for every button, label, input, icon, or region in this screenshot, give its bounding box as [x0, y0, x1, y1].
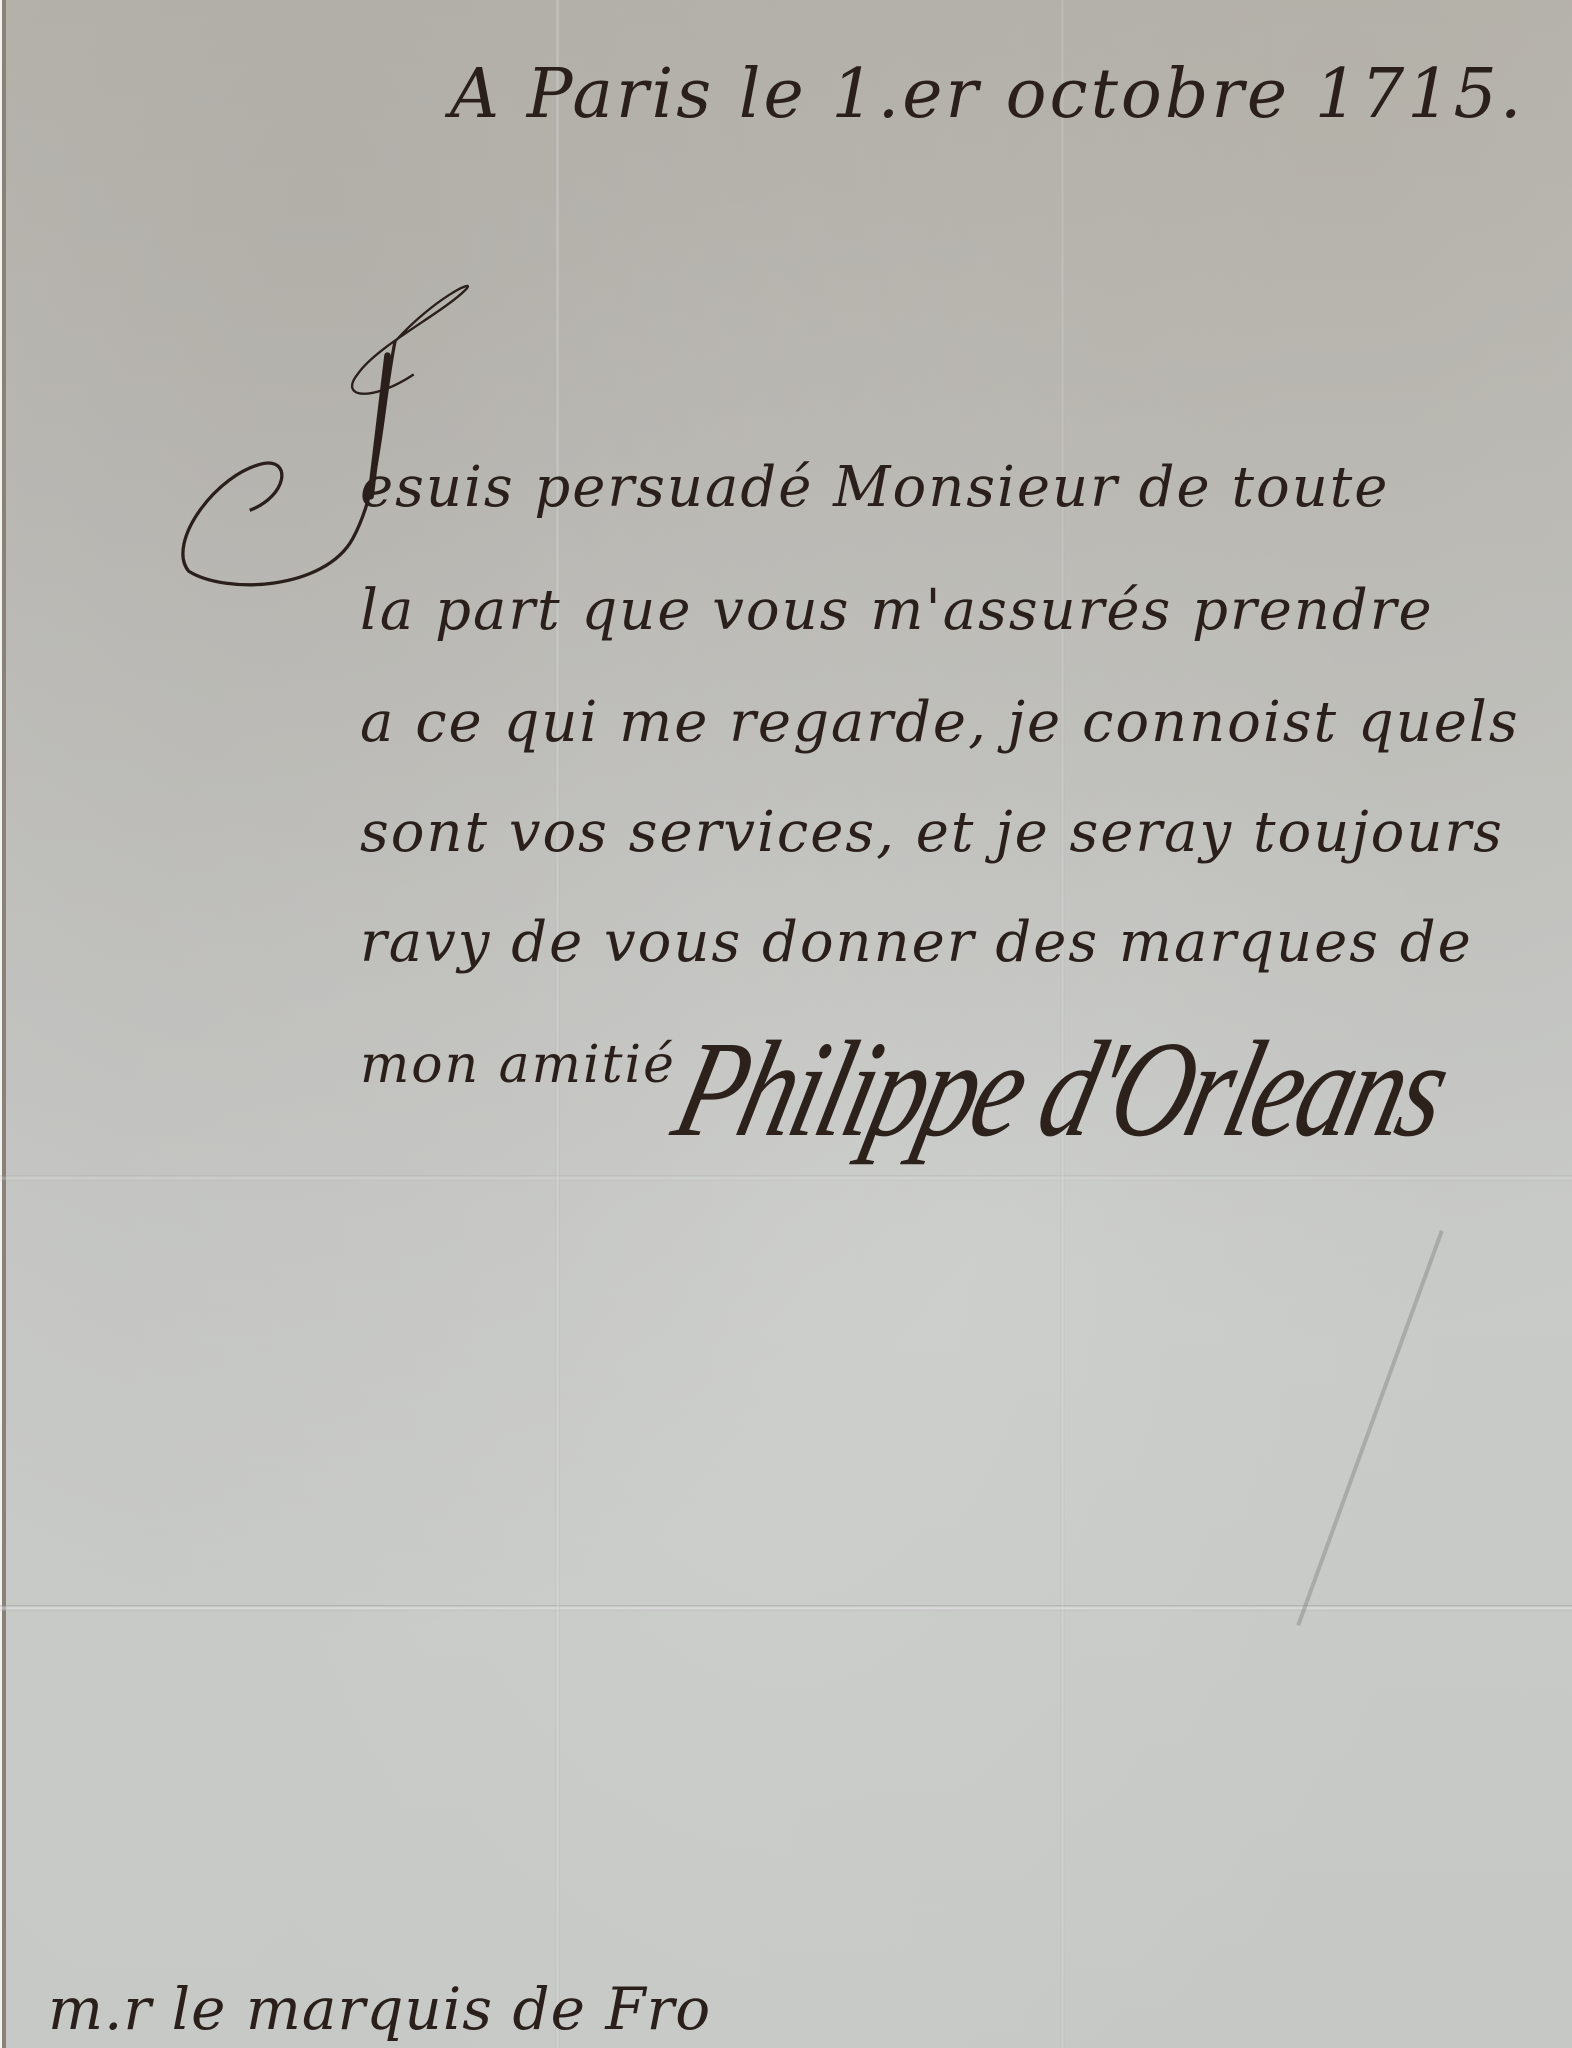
horizontal-fold-crease-upper	[0, 1175, 1572, 1181]
body-line-4: sont vos services, et je seray toujours	[360, 800, 1504, 865]
vertical-fold-crease-left	[555, 0, 560, 2048]
dropcap-j-flourish-icon	[170, 265, 470, 615]
horizontal-fold-crease	[0, 1605, 1572, 1611]
addressee-line: m.r le marquis de Fro	[48, 1975, 711, 2043]
paper-left-edge	[0, 0, 6, 2048]
date-line: A Paris le 1.er octobre 1715.	[450, 55, 1524, 134]
body-line-1: esuis persuadé Monsieur de toute	[360, 455, 1389, 520]
body-line-3: a ce qui me regarde, je connoist quels	[360, 690, 1520, 755]
body-line-6: mon amitié	[360, 1035, 676, 1095]
body-line-2: la part que vous m'assurés prendre	[360, 578, 1434, 643]
body-line-5: ravy de vous donner des marques de	[360, 910, 1473, 975]
signature: Philippe d'Orleans	[660, 1010, 1461, 1169]
